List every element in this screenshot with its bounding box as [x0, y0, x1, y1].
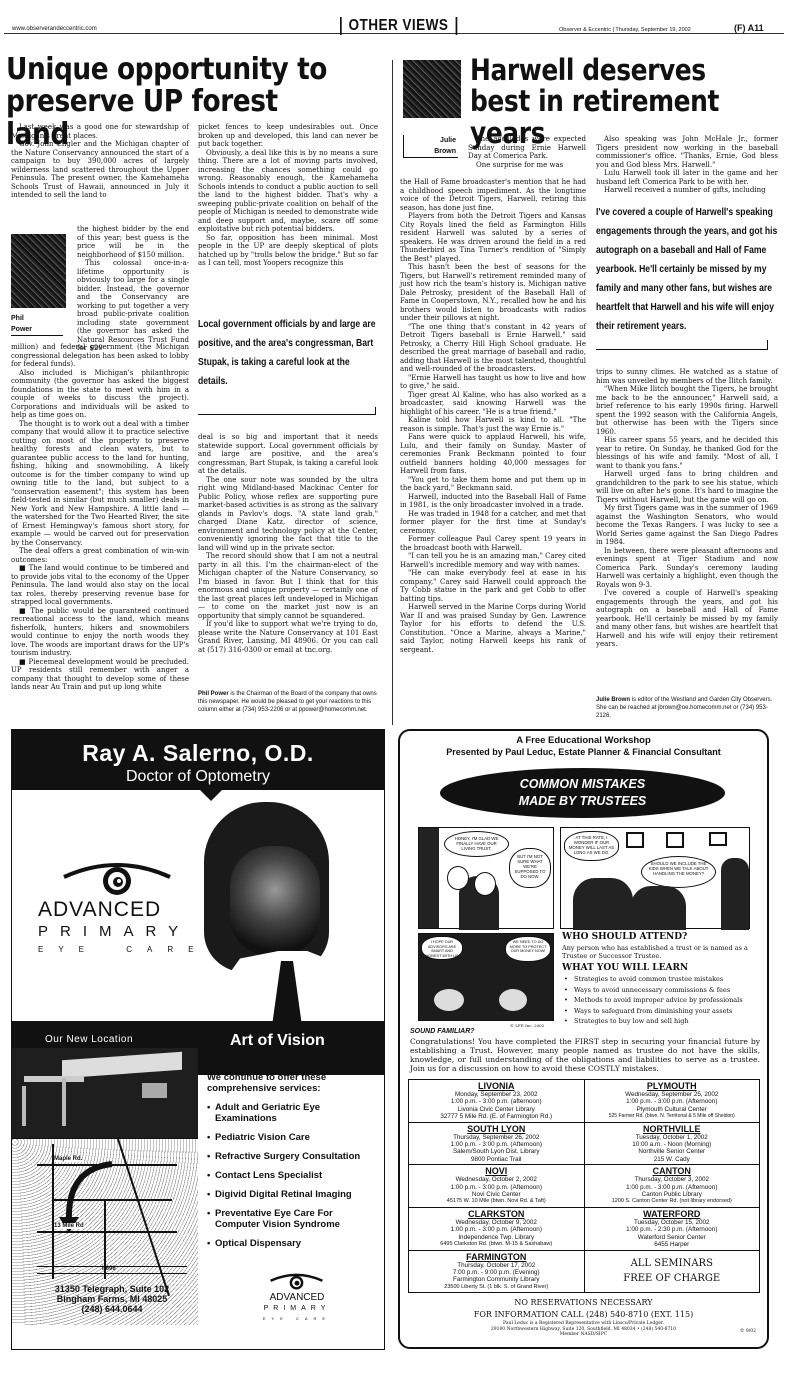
- author-tagline-right: Julie Brown is editor of the Westland an…: [596, 696, 778, 720]
- logo-small-advanced: ADVANCED: [257, 1292, 337, 1303]
- building-photo: [12, 1048, 198, 1138]
- pull-quote-right: I've covered a couple of Harwell's speak…: [596, 203, 788, 336]
- service-item: Contact Lens Specialist: [207, 1170, 379, 1181]
- familiar-heading: SOUND FAMILIAR?: [410, 1028, 475, 1035]
- article-left-col1-intro: Last week was a good one for stewardship…: [11, 123, 189, 200]
- service-item: Adult and Geriatric Eye Examinations: [207, 1102, 379, 1124]
- location-label: Our New Location: [45, 1034, 133, 1045]
- map-label-i696: I-696: [102, 1266, 116, 1272]
- cartoon-copyright: © LFP, Inc. 2002: [510, 1023, 544, 1028]
- seminar-schedule: LIVONIAMonday, September 23, 20021:00 p.…: [408, 1079, 760, 1293]
- article-left-col2-bottom: deal is so big and important that it nee…: [198, 433, 378, 654]
- session-clarkston: CLARKSTONWednesday, October 9, 20021:00 …: [409, 1207, 585, 1250]
- location-map[interactable]: Maple Rd. 13 Mile Rd I-696 31350 Telegra…: [12, 1138, 198, 1325]
- session-south-lyon: SOUTH LYONThursday, September 26, 20021:…: [409, 1122, 585, 1165]
- date-line: Observer & Eccentric | Thursday, Septemb…: [559, 27, 691, 33]
- article-right-col2-top: Also speaking was John McHale Jr., forme…: [596, 135, 778, 195]
- learn-list: Strategies to avoid common trustee mista…: [562, 974, 762, 1027]
- service-item: Preventative Eye Care For Computer Visio…: [207, 1208, 379, 1230]
- session-livonia: LIVONIAMonday, September 23, 20021:00 p.…: [409, 1080, 585, 1123]
- article-left-col1-rest: million) and federal government (the Mic…: [11, 343, 189, 692]
- no-reservations: NO RESERVATIONS NECESSARY: [400, 1298, 767, 1307]
- banner-text: COMMON MISTAKES MADE BY TRUSTEES: [440, 776, 725, 810]
- author-photo-phil-power: [11, 234, 66, 308]
- logo-advanced: ADVANCED: [38, 898, 161, 922]
- pull-quote-rule: [198, 407, 376, 415]
- ad-code: © 9/02: [740, 1329, 756, 1334]
- services-intro: We continue to offer these comprehensive…: [207, 1072, 377, 1094]
- learn-heading: WHAT YOU WILL LEARN: [562, 963, 688, 973]
- service-item: Pediatric Vision Care: [207, 1132, 379, 1143]
- eye-logo-small-icon: [269, 1270, 324, 1292]
- author-tagline-left: Phil Power is the Chairman of the Board …: [198, 690, 378, 714]
- doctor-name: Ray A. Salerno, O.D.: [12, 730, 384, 767]
- learn-item: Ways to avoid unnecessary commissions & …: [562, 985, 762, 996]
- cartoon-panel-2: AT THIS RATE, I WONDER IF OUR MONEY WILL…: [560, 827, 750, 929]
- session-canton: CANTONThursday, October 3, 20021:00 p.m.…: [584, 1165, 760, 1208]
- who-heading: WHO SHOULD ATTEND?: [562, 932, 687, 942]
- doctor-photo: [192, 796, 384, 1022]
- article-left-col1-wrap: the highest bidder by the end of this ye…: [77, 225, 189, 353]
- paragraph: Last week was a good one for stewardship…: [11, 123, 189, 140]
- ad-optometry-header: Ray A. Salerno, O.D. Doctor of Optometry: [12, 730, 384, 790]
- session-novi: NOVIWednesday, October 2, 20021:00 p.m. …: [409, 1165, 585, 1208]
- ad-address: 31350 Telegraph, Suite 102 Bingham Farms…: [32, 1284, 192, 1314]
- services-list: Adult and Geriatric Eye Examinations Ped…: [207, 1102, 379, 1257]
- learn-item: Methods to avoid improper advice by prof…: [562, 995, 762, 1006]
- info-call[interactable]: FOR INFORMATION CALL (248) 540-8710 (EXT…: [400, 1310, 767, 1319]
- workshop-subtitle: Presented by Paul Leduc, Estate Planner …: [400, 747, 767, 757]
- workshop-title: A Free Educational Workshop: [400, 735, 767, 746]
- familiar-text: Congratulations! You have completed the …: [410, 1037, 760, 1073]
- ad-workshop[interactable]: A Free Educational Workshop Presented by…: [398, 729, 769, 1349]
- author-photo-julie-brown: [403, 60, 461, 118]
- session-northville: NORTHVILLETuesday, October 1, 200210:00 …: [584, 1122, 760, 1165]
- article-right-col1-wrap: The accolades were expected Sunday durin…: [468, 135, 586, 169]
- eye-logo-icon: [62, 855, 172, 900]
- byline-right: Julie Brown: [403, 135, 458, 158]
- who-text: Any person who has established a trust o…: [562, 944, 762, 960]
- art-of-vision-label: Art of Vision: [230, 1032, 325, 1050]
- paragraph: Gov. John Engler and the Michigan chapte…: [11, 140, 189, 200]
- map-label-13-mile: 13 Mile Rd: [54, 1223, 84, 1229]
- ad-optometry[interactable]: Ray A. Salerno, O.D. Doctor of Optometry…: [11, 729, 385, 1350]
- article-right-col1-rest: the Hall of Fame broadcaster's mention t…: [400, 178, 586, 654]
- session-farmington: FARMINGTONThursday, October 17, 20027:00…: [409, 1250, 585, 1293]
- site-url[interactable]: www.observerandeccentric.com: [12, 26, 97, 32]
- map-label-maple: Maple Rd.: [54, 1156, 82, 1162]
- service-item: Digivid Digital Retinal Imaging: [207, 1189, 379, 1200]
- cartoon-panel-3: I HOPE OUR ADVISORS ARE SMART AND HONEST…: [418, 933, 554, 1021]
- doctor-title: Doctor of Optometry: [12, 767, 384, 787]
- masthead: www.observerandeccentric.com OTHER VIEWS…: [4, 4, 784, 34]
- pull-quote-left: Local government officials by and large …: [198, 315, 420, 415]
- article-left-col2-top: picket fences to keep undesirables out. …: [198, 123, 378, 268]
- disclaimer: Paul Leduc is a Registered Representativ…: [400, 1321, 767, 1338]
- paragraph: the highest bidder by the end of this ye…: [77, 225, 189, 259]
- session-plymouth: PLYMOUTHWednesday, September 25, 20021:0…: [584, 1080, 760, 1123]
- logo-eye-care: EYE CARE: [38, 945, 208, 954]
- free-of-charge-cell: ALL SEMINARSFREE OF CHARGE: [584, 1250, 760, 1293]
- logo-primary: PRIMARY: [38, 923, 190, 940]
- section-title: OTHER VIEWS: [340, 17, 457, 35]
- session-waterford: WATERFORDTuesday, October 15, 20021:00 p…: [584, 1207, 760, 1250]
- pull-quote-rule: [596, 340, 768, 350]
- logo-small-primary: PRIMARY: [257, 1305, 337, 1312]
- column-divider: [392, 60, 393, 725]
- cartoon-panel-1: HONEY, I'M GLAD WE FINALLY HAVE OUR LIVI…: [418, 827, 554, 929]
- learn-item: Strategies to avoid common trustee mista…: [562, 974, 762, 985]
- byline-left: Phil Power: [11, 313, 63, 336]
- service-item: Refractive Surgery Consultation: [207, 1151, 379, 1162]
- paragraph: This colossal once-in-a-lifetime opportu…: [77, 259, 189, 353]
- logo-small-eye-care: EYE CARE: [257, 1316, 337, 1321]
- service-item: Optical Dispensary: [207, 1238, 379, 1249]
- learn-item: Ways to safeguard from diminishing your …: [562, 1006, 762, 1017]
- learn-item: Strategies to buy low and sell high: [562, 1016, 762, 1027]
- page-number: (F) A11: [734, 23, 764, 33]
- article-right-col2-bottom: trips to sunny climes. He watched as a s…: [596, 368, 778, 649]
